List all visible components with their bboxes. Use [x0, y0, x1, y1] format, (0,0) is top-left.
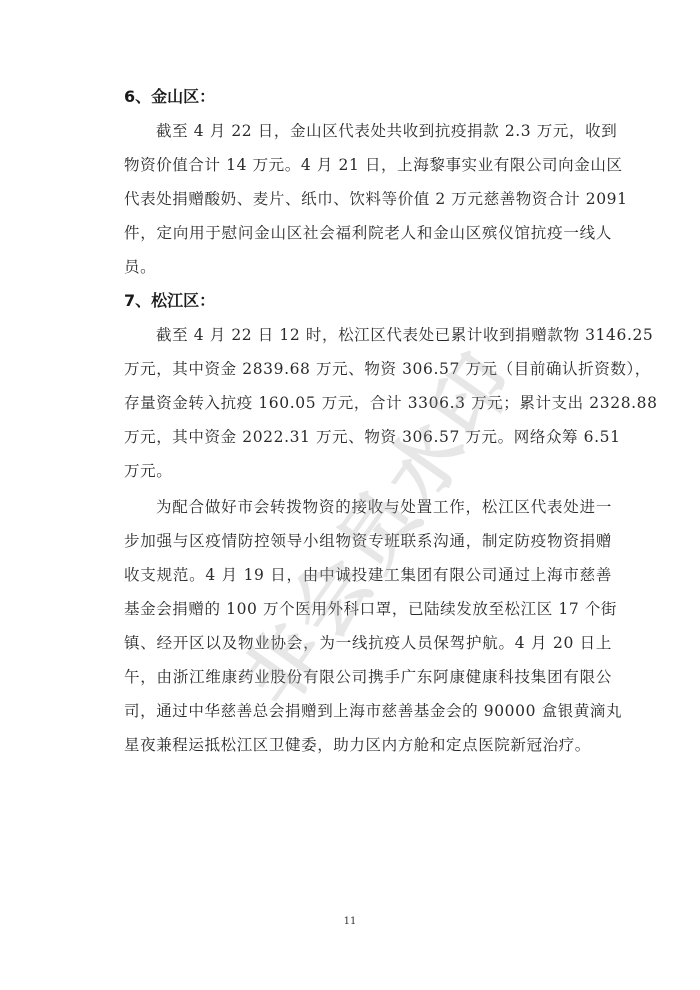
text-line: 步加强与区疫情防控领导小组物资专班联系沟通，制定防疫物资捐赠 — [92, 524, 612, 558]
text-line: 物资价值合计 14 万元。4 月 21 日，上海黎事实业有限公司向金山区 — [92, 148, 612, 182]
text-line: 存量资金转入抗疫 160.05 万元，合计 3306.3 万元；累计支出 232… — [92, 386, 612, 420]
text-line: 万元，其中资金 2022.31 万元、物资 306.57 万元。网络众筹 6.5… — [92, 420, 612, 454]
section-songjiang: 7、松江区： 截至 4 月 22 日 12 时，松江区代表处已累计收到捐赠款物 … — [92, 284, 612, 762]
text-line: 司，通过中华慈善总会捐赠到上海市慈善基金会的 90000 盒银黄滴丸 — [92, 694, 612, 728]
text-line: 基金会捐赠的 100 万个医用外科口罩，已陆续发放至松江区 17 个街 — [92, 592, 612, 626]
text-line: 员。 — [92, 250, 612, 284]
text-line: 星夜兼程运抵松江区卫健委，助力区内方舱和定点医院新冠治疗。 — [92, 728, 612, 762]
section-jinshan: 6、金山区： 截至 4 月 22 日，金山区代表处共收到抗疫捐款 2.3 万元，… — [92, 80, 612, 284]
text-line: 截至 4 月 22 日 12 时，松江区代表处已累计收到捐赠款物 3146.25 — [92, 318, 612, 352]
text-line: 代表处捐赠酸奶、麦片、纸巾、饮料等价值 2 万元慈善物资合计 2091 — [92, 182, 612, 216]
section-heading: 7、松江区： — [92, 284, 612, 318]
text-line: 件，定向用于慰问金山区社会福利院老人和金山区殡仪馆抗疫一线人 — [92, 216, 612, 250]
text-line: 截至 4 月 22 日，金山区代表处共收到抗疫捐款 2.3 万元，收到 — [92, 114, 612, 148]
page-number: 11 — [0, 916, 700, 927]
document-page: 6、金山区： 截至 4 月 22 日，金山区代表处共收到抗疫捐款 2.3 万元，… — [0, 0, 700, 990]
section-heading: 6、金山区： — [92, 80, 612, 114]
text-line: 收支规范。4 月 19 日，由中诚投建工集团有限公司通过上海市慈善 — [92, 558, 612, 592]
paragraph: 截至 4 月 22 日，金山区代表处共收到抗疫捐款 2.3 万元，收到 物资价值… — [92, 114, 612, 284]
paragraph: 截至 4 月 22 日 12 时，松江区代表处已累计收到捐赠款物 3146.25… — [92, 318, 612, 488]
text-line: 为配合做好市会转拨物资的接收与处置工作，松江区代表处进一 — [92, 490, 612, 524]
text-line: 万元，其中资金 2839.68 万元、物资 306.57 万元（目前确认折资数）… — [92, 352, 612, 386]
text-line: 万元。 — [92, 454, 612, 488]
text-line: 镇、经开区以及物业协会，为一线抗疫人员保驾护航。4 月 20 日上 — [92, 626, 612, 660]
page-content: 6、金山区： 截至 4 月 22 日，金山区代表处共收到抗疫捐款 2.3 万元，… — [92, 80, 612, 762]
paragraph: 为配合做好市会转拨物资的接收与处置工作，松江区代表处进一 步加强与区疫情防控领导… — [92, 490, 612, 762]
text-line: 午，由浙江维康药业股份有限公司携手广东阿康健康科技集团有限公 — [92, 660, 612, 694]
